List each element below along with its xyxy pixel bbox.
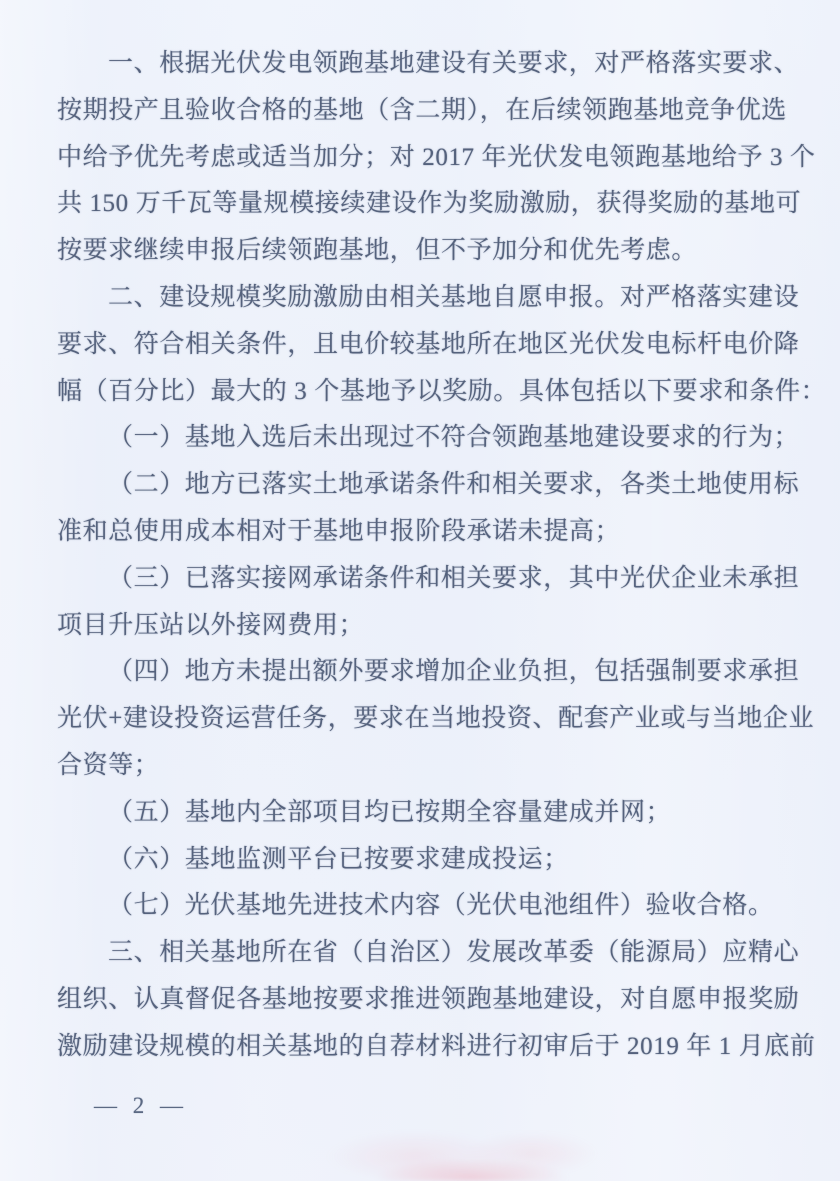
text-line: 准和总使用成本相对于基地申报阶段承诺未提高； [57, 509, 800, 556]
text-line: 二、建设规模奖励激励由相关基地自愿申报。对严格落实建设 [57, 275, 800, 322]
page-number: — 2 — [94, 1093, 188, 1119]
text-line: （五）基地内全部项目均已按期全容量建成并网； [57, 790, 800, 837]
text-line: （二）地方已落实土地承诺条件和相关要求，各类土地使用标 [57, 462, 800, 509]
text-line: 光伏+建设投资运营任务，要求在当地投资、配套产业或与当地企业 [57, 696, 800, 743]
text-line: 激励建设规模的相关基地的自荐材料进行初审后于 2019 年 1 月底前 [57, 1024, 800, 1071]
text-line: 按期投产且验收合格的基地（含二期），在后续领跑基地竞争优选 [57, 88, 800, 135]
text-line: （七）光伏基地先进技术内容（光伏电池组件）验收合格。 [57, 883, 800, 930]
text-line: 幅（百分比）最大的 3 个基地予以奖励。具体包括以下要求和条件： [57, 369, 800, 416]
text-line: 一、根据光伏发电领跑基地建设有关要求，对严格落实要求、 [57, 41, 800, 88]
stamp-bleedthrough-artifact [300, 1120, 630, 1181]
text-line: （六）基地监测平台已按要求建成投运； [57, 837, 800, 884]
text-line: （四）地方未提出额外要求增加企业负担，包括强制要求承担 [57, 649, 800, 696]
text-line: 中给予优先考虑或适当加分；对 2017 年光伏发电领跑基地给予 3 个 [57, 135, 800, 182]
text-line: 三、相关基地所在省（自治区）发展改革委（能源局）应精心 [57, 930, 800, 977]
document-page: 一、根据光伏发电领跑基地建设有关要求，对严格落实要求、 按期投产且验收合格的基地… [0, 0, 840, 1181]
document-body: 一、根据光伏发电领跑基地建设有关要求，对严格落实要求、 按期投产且验收合格的基地… [57, 41, 800, 1071]
text-line: （三）已落实接网承诺条件和相关要求，其中光伏企业未承担 [57, 556, 800, 603]
text-line: 要求、符合相关条件，且电价较基地所在地区光伏发电标杆电价降 [57, 322, 800, 369]
text-line: （一）基地入选后未出现过不符合领跑基地建设要求的行为； [57, 415, 800, 462]
text-line: 合资等； [57, 743, 800, 790]
text-line: 项目升压站以外接网费用； [57, 603, 800, 650]
text-line: 组织、认真督促各基地按要求推进领跑基地建设，对自愿申报奖励 [57, 977, 800, 1024]
text-line: 按要求继续申报后续领跑基地，但不予加分和优先考虑。 [57, 228, 800, 275]
text-line: 共 150 万千瓦等量规模接续建设作为奖励激励，获得奖励的基地可 [57, 181, 800, 228]
